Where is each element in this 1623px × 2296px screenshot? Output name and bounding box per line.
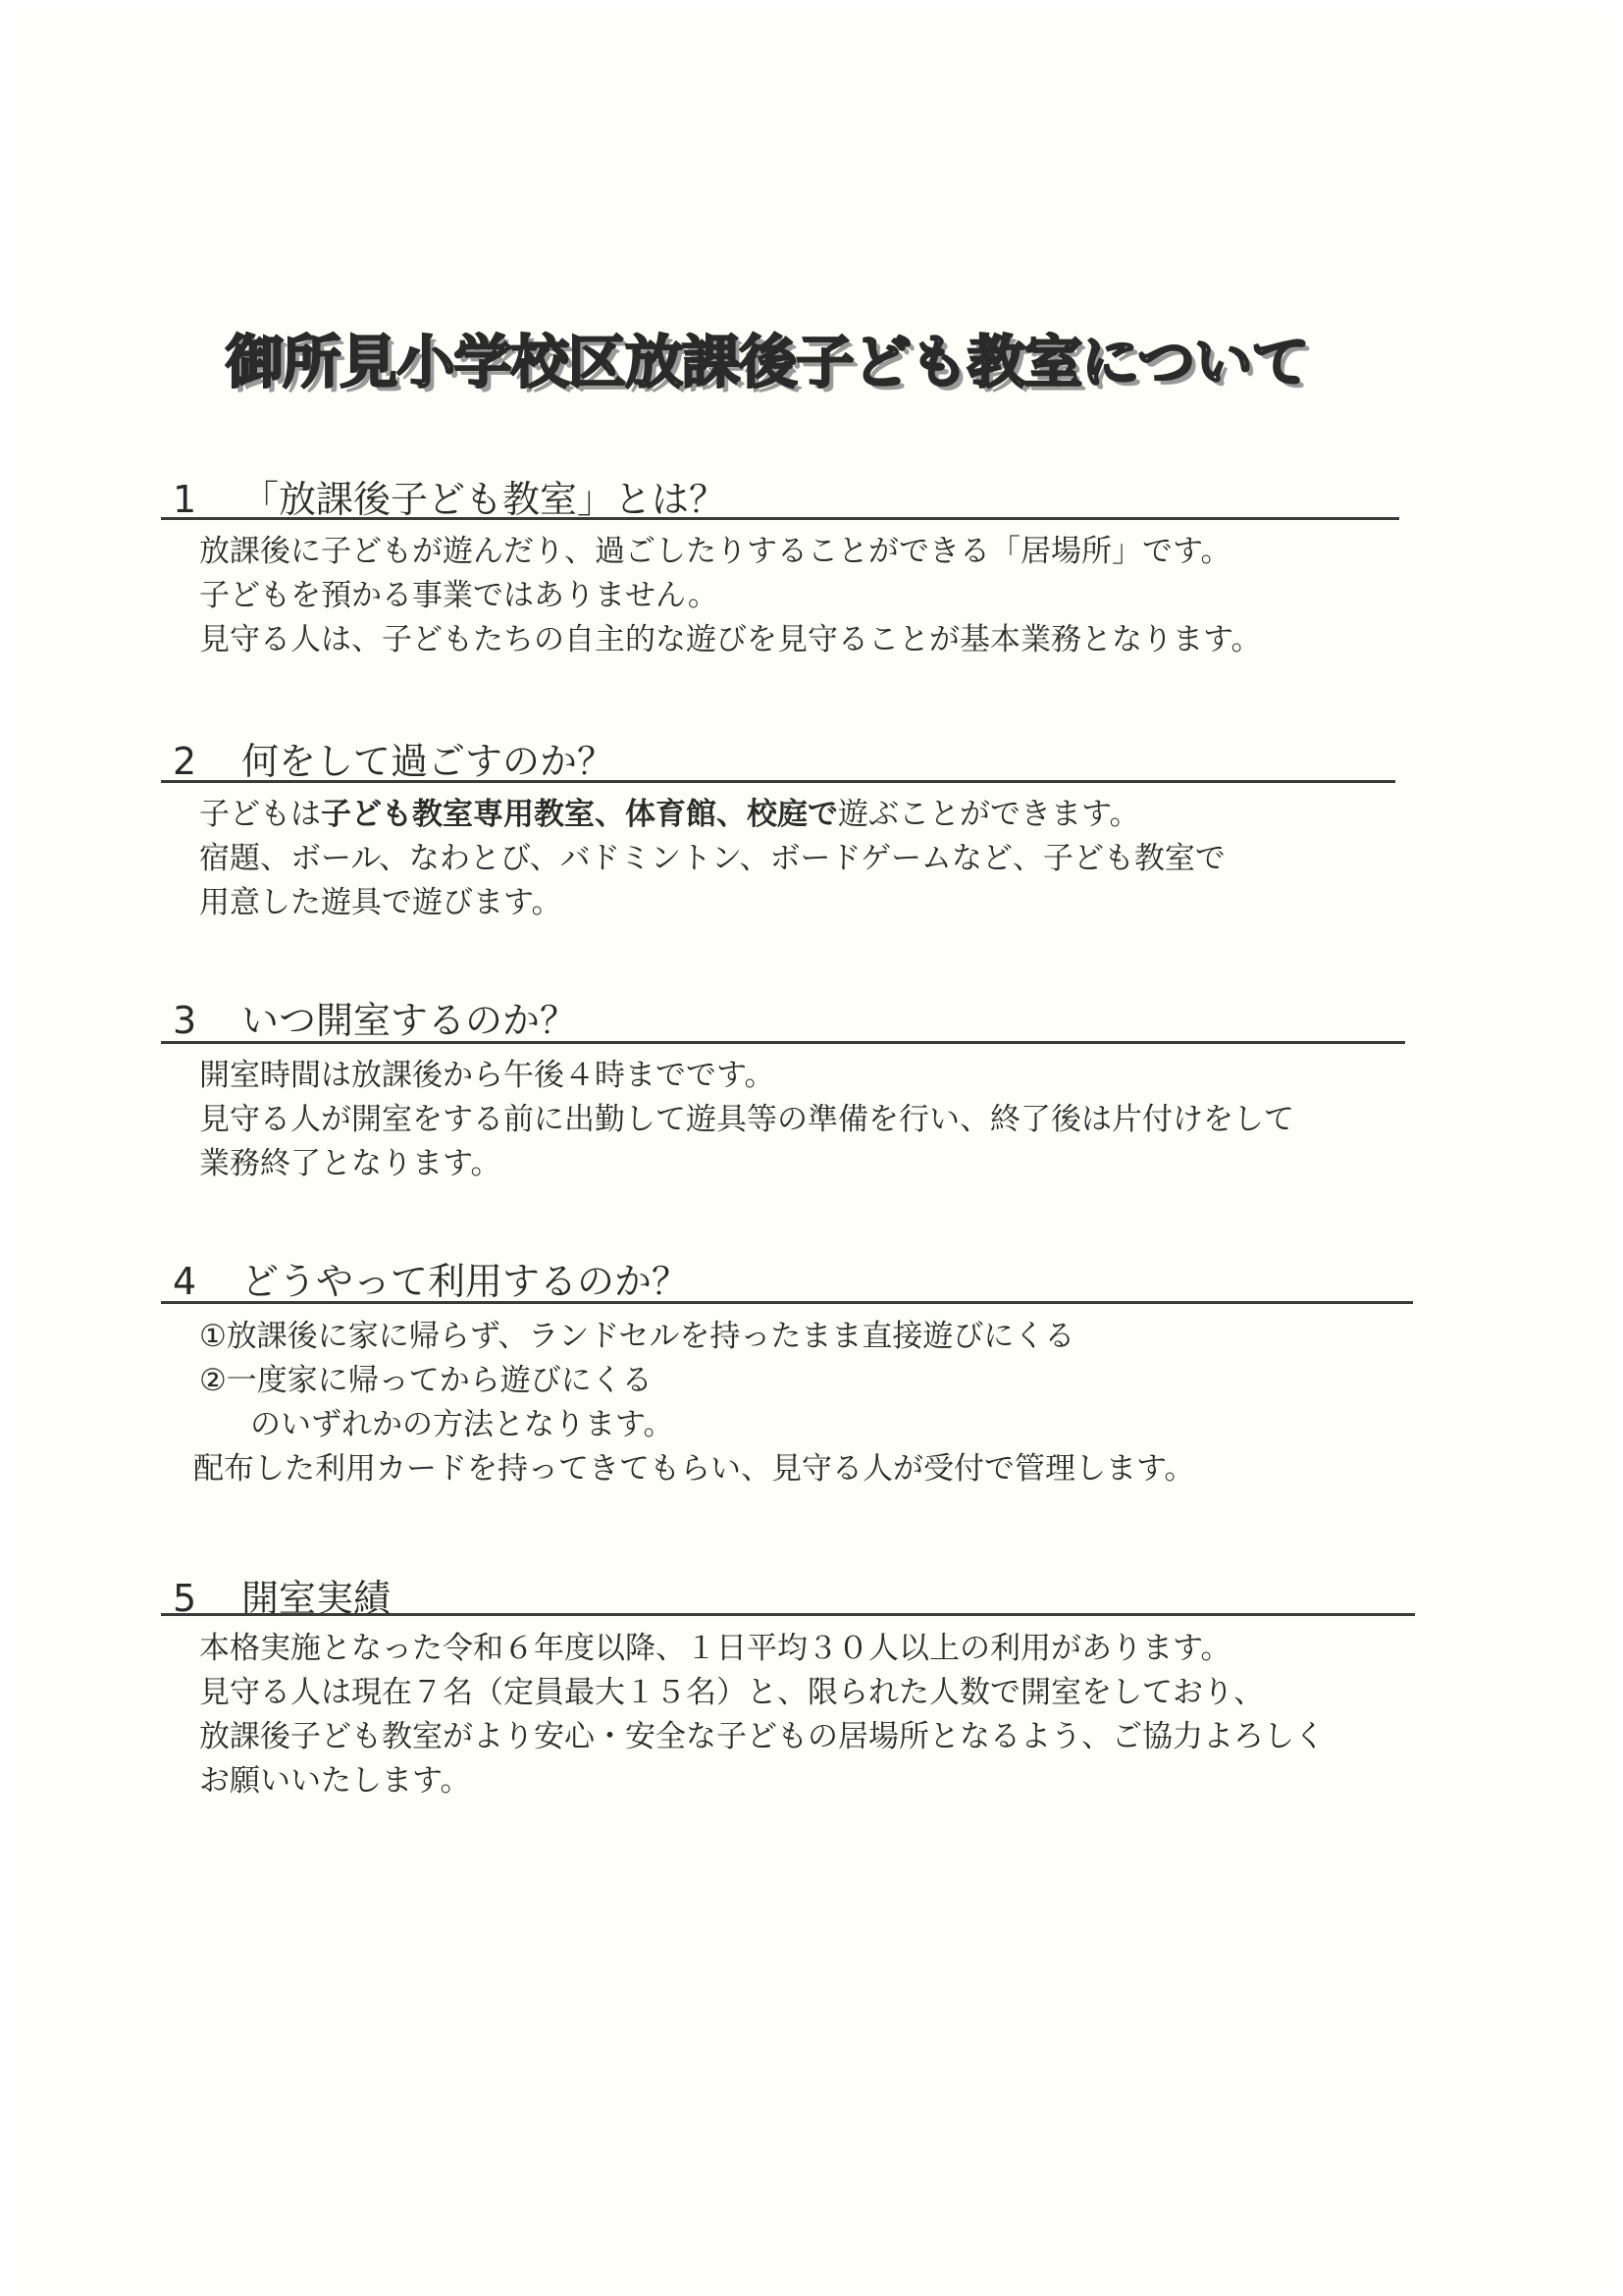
section-4-heading: 4どうやって利用するのか？ <box>165 1259 689 1304</box>
section-2-heading: 2何をして過ごすのか？ <box>165 739 614 784</box>
section-title: いつ開室するのか？ <box>241 999 577 1042</box>
section-title: どうやって利用するのか？ <box>241 1260 689 1303</box>
section-3-heading: 3いつ開室するのか？ <box>165 998 577 1043</box>
section-2-body: 子どもは子ども教室専用教室、体育館、校庭で遊ぶことができます。 宿題、ボール、な… <box>199 793 1226 925</box>
section-number: 2 <box>165 739 241 784</box>
body-line: のいずれかの方法となります。 <box>199 1403 1195 1447</box>
body-line: 見守る人は、子どもたちの自主的な遊びを見守ることが基本業務となります。 <box>199 618 1262 662</box>
section-3-underline <box>161 1041 1405 1044</box>
body-line: 用意した遊具で遊びます。 <box>199 881 1226 925</box>
section-title: 「放課後子ども教室」とは？ <box>241 478 726 521</box>
section-number: 1 <box>165 477 241 522</box>
body-line: 子どもは子ども教室専用教室、体育館、校庭で遊ぶことができます。 <box>199 793 1226 837</box>
section-number: 4 <box>165 1259 241 1304</box>
list-item-option-1: ①放課後に家に帰らず、ランドセルを持ったまま直接遊びにくる <box>199 1315 1195 1359</box>
section-1-heading: 1「放課後子ども教室」とは？ <box>165 477 726 522</box>
section-1-underline <box>161 517 1399 520</box>
section-4-underline <box>161 1301 1413 1304</box>
body-line: 子どもを預かる事業ではありません。 <box>199 574 1262 618</box>
body-line: 放課後子ども教室がより安心・安全な子どもの居場所となるよう、ご協力よろしく <box>199 1715 1325 1759</box>
section-4-body: ①放課後に家に帰らず、ランドセルを持ったまま直接遊びにくる ②一度家に帰ってから… <box>199 1315 1195 1491</box>
body-line: 配布した利用カードを持ってきてもらい、見守る人が受付で管理します。 <box>193 1447 1195 1491</box>
section-5-body: 本格実施となった令和６年度以降、１日平均３０人以上の利用があります。 見守る人は… <box>199 1627 1325 1803</box>
body-line: 開室時間は放課後から午後４時までです。 <box>199 1054 1294 1098</box>
body-text: 遊ぶことができます。 <box>838 797 1140 832</box>
emphasized-places: 子ども教室専用教室、体育館、校庭で <box>321 797 838 832</box>
body-line: 見守る人は現在７名（定員最大１５名）と、限られた人数で開室をしており、 <box>199 1671 1325 1715</box>
body-line: 本格実施となった令和６年度以降、１日平均３０人以上の利用があります。 <box>199 1627 1325 1671</box>
section-2-underline <box>161 780 1395 783</box>
body-text: 子どもは <box>199 797 321 832</box>
section-3-body: 開室時間は放課後から午後４時までです。 見守る人が開室をする前に出勤して遊具等の… <box>199 1054 1294 1186</box>
body-line: 宿題、ボール、なわとび、バドミントン、ボードゲームなど、子ども教室で <box>199 837 1226 881</box>
body-line: お願いいたします。 <box>199 1759 1325 1803</box>
body-line: 放課後に子どもが遊んだり、過ごしたりすることができる「居場所」です。 <box>199 530 1262 574</box>
list-item-option-2: ②一度家に帰ってから遊びにくる <box>199 1359 1195 1403</box>
section-number: 3 <box>165 998 241 1043</box>
section-title: 何をして過ごすのか？ <box>241 740 614 783</box>
section-5-underline <box>161 1613 1415 1616</box>
body-line: 業務終了となります。 <box>199 1142 1294 1186</box>
body-line: 見守る人が開室をする前に出勤して遊具等の準備を行い、終了後は片付けをして <box>199 1098 1294 1142</box>
section-1-body: 放課後に子どもが遊んだり、過ごしたりすることができる「居場所」です。 子どもを預… <box>199 530 1262 662</box>
document-title: 御所見小学校区放課後子ども教室について <box>226 316 1427 398</box>
